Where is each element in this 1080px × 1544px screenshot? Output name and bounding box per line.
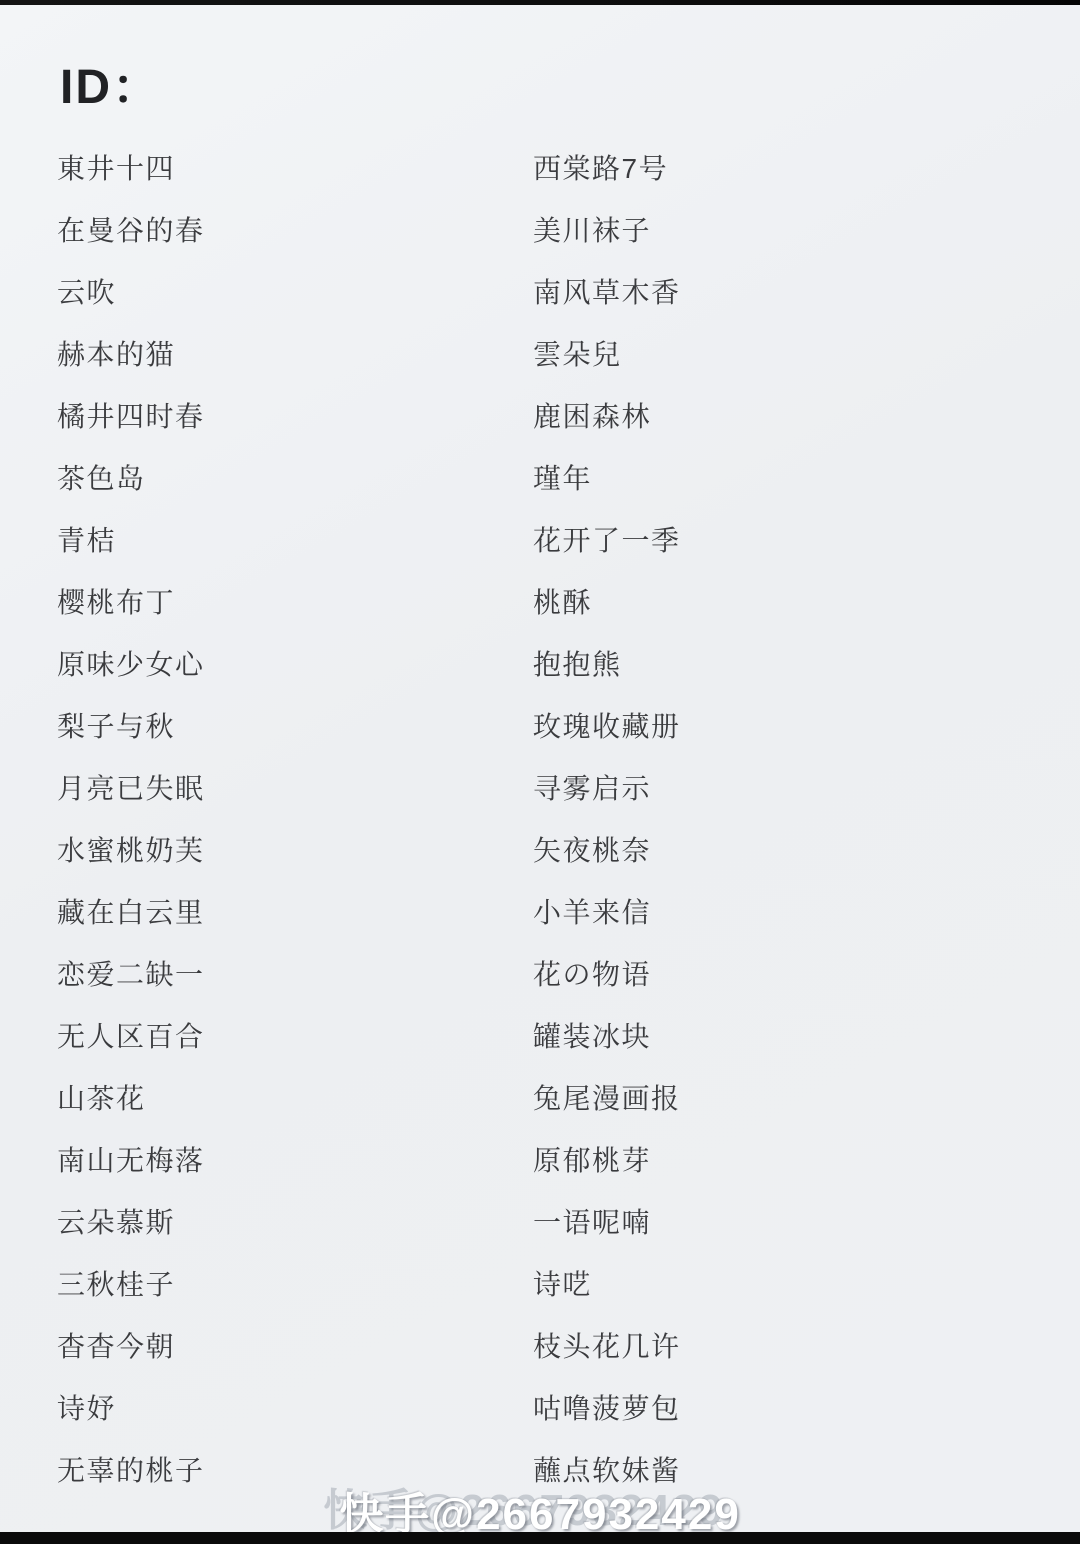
id-list-item: 赫本的猫	[57, 322, 533, 384]
id-list-item: 枝头花几许	[533, 1314, 1060, 1376]
id-list-item: 杳杳今朝	[57, 1314, 533, 1376]
id-column-right: 西棠路7号美川袜子南风草木香雲朵兒鹿困森林瑾年花开了一季桃酥抱抱熊玫瑰收藏册寻雾…	[533, 136, 1060, 1500]
id-column-left: 東井十四在曼谷的春云吹赫本的猫橘井四时春茶色岛青桔樱桃布丁原味少女心梨子与秋月亮…	[57, 136, 533, 1500]
id-list-item: 花开了一季	[533, 508, 1060, 570]
id-list-item: 西棠路7号	[533, 136, 1060, 198]
id-list-item: 恋爱二缺一	[57, 942, 533, 1004]
id-list-page: ID： 東井十四在曼谷的春云吹赫本的猫橘井四时春茶色岛青桔樱桃布丁原味少女心梨子…	[0, 0, 1080, 1544]
id-list-item: 南山无梅落	[57, 1128, 533, 1190]
id-list-item: 花の物语	[533, 942, 1060, 1004]
id-list-item: 山茶花	[57, 1066, 533, 1128]
top-edge-bar	[0, 0, 1080, 5]
id-list-item: 在曼谷的春	[57, 198, 533, 260]
id-list-item: 茶色岛	[57, 446, 533, 508]
id-list-item: 月亮已失眠	[57, 756, 533, 818]
id-list-item: 雲朵兒	[533, 322, 1060, 384]
id-list-item: 三秋桂子	[57, 1252, 533, 1314]
id-list-item: 诗妤	[57, 1376, 533, 1438]
id-list-item: 鹿困森林	[533, 384, 1060, 446]
id-list-item: 桃酥	[533, 570, 1060, 632]
id-list-item: 兔尾漫画报	[533, 1066, 1060, 1128]
id-list-item: 青桔	[57, 508, 533, 570]
id-list-item: 云朵慕斯	[57, 1190, 533, 1252]
id-list-item: 小羊来信	[533, 880, 1060, 942]
id-list-item: 一语呢喃	[533, 1190, 1060, 1252]
watermark: 快手@2667932429 快手@2667932429	[190, 1478, 890, 1530]
bottom-edge-bar	[0, 1532, 1080, 1544]
id-list-item: 瑾年	[533, 446, 1060, 508]
page-title: ID：	[60, 48, 162, 117]
id-list-item: 樱桃布丁	[57, 570, 533, 632]
id-list-item: 无人区百合	[57, 1004, 533, 1066]
id-list-item: 云吹	[57, 260, 533, 322]
id-list-item: 梨子与秋	[57, 694, 533, 756]
id-list-item: 抱抱熊	[533, 632, 1060, 694]
id-list-item: 咕噜菠萝包	[533, 1376, 1060, 1438]
id-list-item: 寻雾启示	[533, 756, 1060, 818]
id-list-item: 原味少女心	[57, 632, 533, 694]
id-list-item: 诗呓	[533, 1252, 1060, 1314]
id-list-item: 玫瑰收藏册	[533, 694, 1060, 756]
id-list-item: 矢夜桃奈	[533, 818, 1060, 880]
id-list-item: 原郁桃芽	[533, 1128, 1060, 1190]
id-list-item: 罐装冰块	[533, 1004, 1060, 1066]
id-list-item: 南风草木香	[533, 260, 1060, 322]
id-list-item: 橘井四时春	[57, 384, 533, 446]
id-list-item: 藏在白云里	[57, 880, 533, 942]
id-list-item: 美川袜子	[533, 198, 1060, 260]
id-columns: 東井十四在曼谷的春云吹赫本的猫橘井四时春茶色岛青桔樱桃布丁原味少女心梨子与秋月亮…	[57, 136, 1060, 1500]
id-list-item: 水蜜桃奶芙	[57, 818, 533, 880]
id-list-item: 東井十四	[57, 136, 533, 198]
